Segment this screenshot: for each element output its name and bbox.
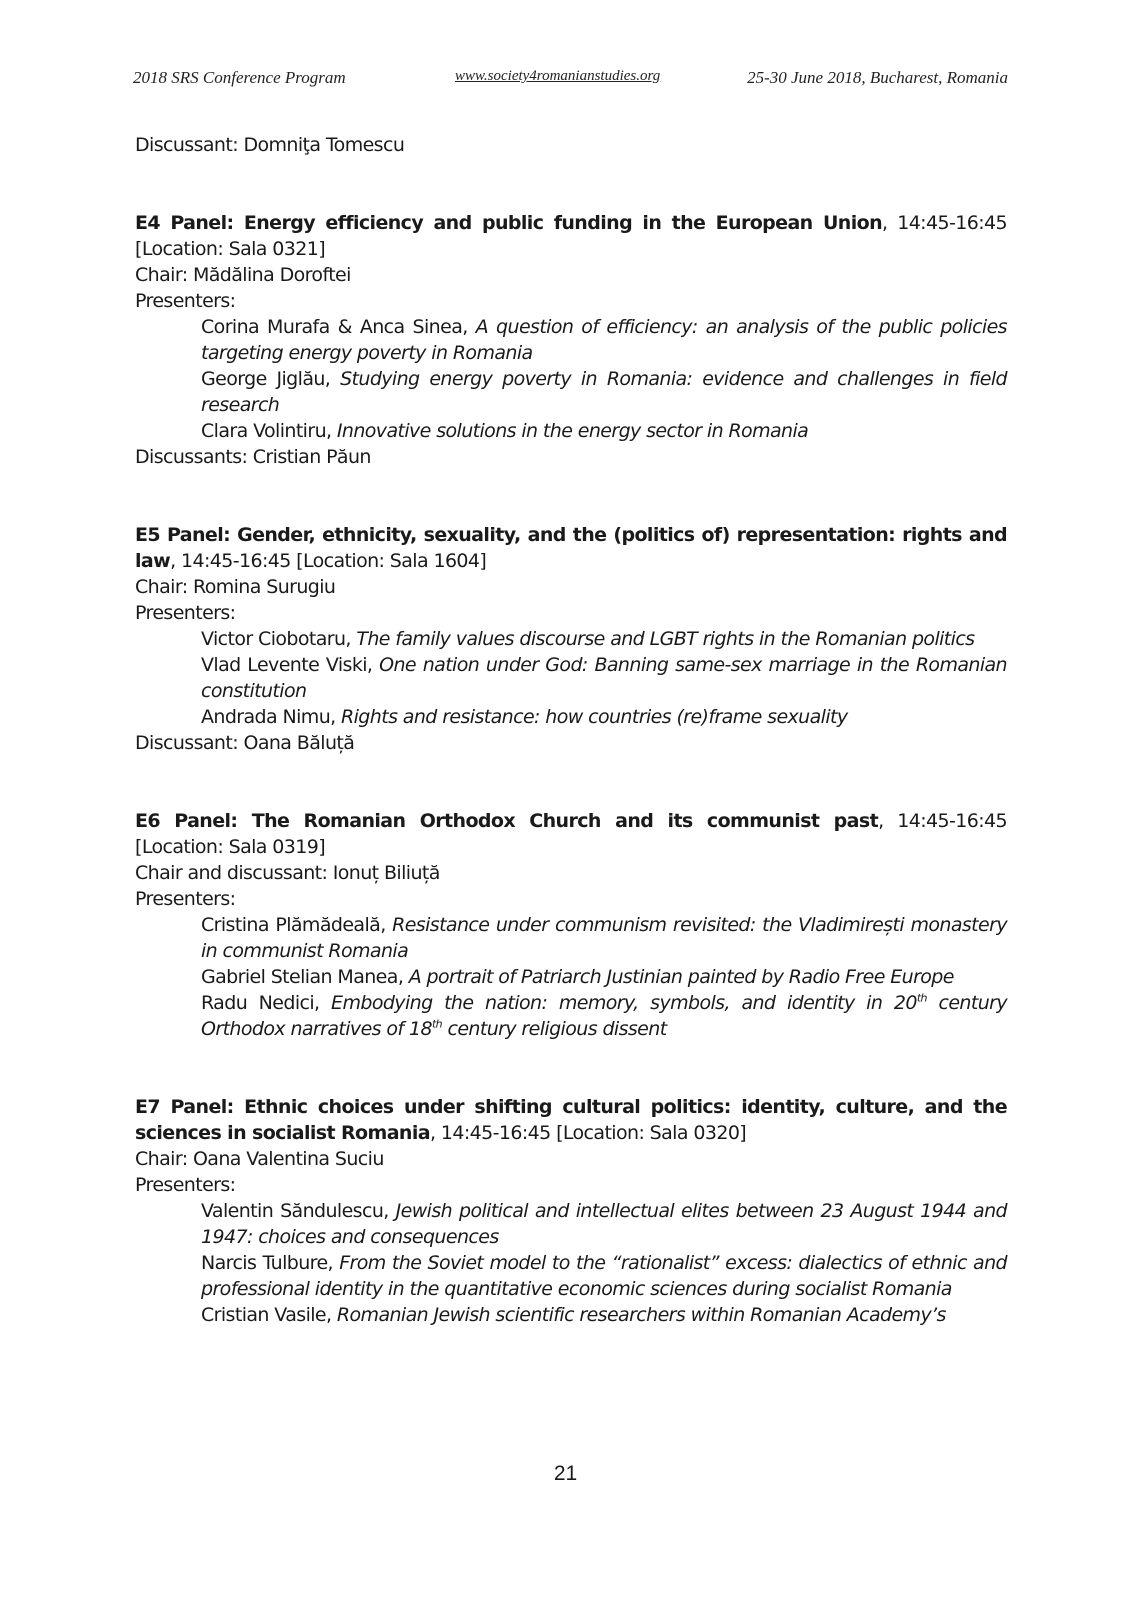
presenter-entry: Cristian Vasile, Romanian Jewish scienti… — [135, 1302, 1007, 1328]
presenter-entry: Gabriel Stelian Manea, A portrait of Pat… — [135, 964, 1007, 990]
panel-discussant: Discussants: Cristian Păun — [135, 444, 1007, 470]
paper-title: Rights and resistance: how countries (re… — [341, 706, 848, 728]
presenter-name: Valentin Săndulescu, — [201, 1200, 396, 1222]
presenter-name: Radu Nedici, — [201, 992, 331, 1014]
panel-chair: Chair: Oana Valentina Suciu — [135, 1146, 1007, 1172]
paper-title: A portrait of Patriarch Justinian painte… — [409, 966, 954, 988]
presenters-label: Presenters: — [135, 1172, 1007, 1198]
panel-chair: Chair: Mădălina Doroftei — [135, 262, 1007, 288]
panel-title: E6 Panel: The Romanian Orthodox Church a… — [135, 808, 1007, 860]
presenter-entry: Victor Ciobotaru, The family values disc… — [135, 626, 1007, 652]
panel-e5: E5 Panel: Gender, ethnicity, sexuality, … — [135, 522, 1007, 756]
header-website-link[interactable]: www.society4romanianstudies.org — [455, 68, 660, 85]
paper-title-part: Embodying the nation: memory, symbols, a… — [331, 992, 917, 1014]
presenter-name: George Jiglău, — [201, 368, 340, 390]
presenter-entry: Radu Nedici, Embodying the nation: memor… — [135, 990, 1007, 1042]
presenter-entry: Clara Volintiru, Innovative solutions in… — [135, 418, 1007, 444]
panel-chair: Chair: Romina Surugiu — [135, 574, 1007, 600]
panel-chair: Chair and discussant: Ionuț Biliuță — [135, 860, 1007, 886]
presenter-entry: Cristina Plămădeală, Resistance under co… — [135, 912, 1007, 964]
ordinal-suffix: th — [917, 992, 927, 1005]
presenter-name: Corina Murafa & Anca Sinea, — [201, 316, 476, 338]
paper-title: The family values discourse and LGBT rig… — [356, 628, 974, 650]
paper-title: Romanian Jewish scientific researchers w… — [337, 1304, 946, 1326]
presenter-name: Cristian Vasile, — [201, 1304, 337, 1326]
previous-panel-discussant: Discussant: Domniţa Tomescu — [135, 132, 1007, 158]
header-program-title: 2018 SRS Conference Program — [133, 68, 346, 88]
presenter-entry: George Jiglău, Studying energy poverty i… — [135, 366, 1007, 418]
panel-title: E5 Panel: Gender, ethnicity, sexuality, … — [135, 522, 1007, 574]
paper-title: Innovative solutions in the energy secto… — [337, 420, 808, 442]
ordinal-suffix: th — [432, 1018, 442, 1031]
panel-time-location: , 14:45-16:45 [Location: Sala 1604] — [170, 550, 486, 572]
presenters-label: Presenters: — [135, 288, 1007, 314]
page-number: 21 — [0, 1462, 1131, 1486]
presenter-name: Andrada Nimu, — [201, 706, 341, 728]
paper-title-part: century religious dissent — [442, 1018, 667, 1040]
presenter-entry: Andrada Nimu, Rights and resistance: how… — [135, 704, 1007, 730]
presenter-name: Vlad Levente Viski, — [201, 654, 379, 676]
panel-title: E4 Panel: Energy efficiency and public f… — [135, 210, 1007, 262]
presenter-name: Cristina Plămădeală, — [201, 914, 392, 936]
presenter-entry: Valentin Săndulescu, Jewish political an… — [135, 1198, 1007, 1250]
presenter-entry: Narcis Tulbure, From the Soviet model to… — [135, 1250, 1007, 1302]
presenter-entry: Vlad Levente Viski, One nation under God… — [135, 652, 1007, 704]
presenter-name: Narcis Tulbure, — [201, 1252, 339, 1274]
panel-time-location: , 14:45-16:45 [Location: Sala 0320] — [430, 1122, 746, 1144]
presenters-label: Presenters: — [135, 600, 1007, 626]
panel-title-bold: E4 Panel: Energy efficiency and public f… — [135, 212, 882, 234]
presenter-name: Victor Ciobotaru, — [201, 628, 356, 650]
presenter-name: Clara Volintiru, — [201, 420, 337, 442]
presenters-label: Presenters: — [135, 886, 1007, 912]
panels-list: E4 Panel: Energy efficiency and public f… — [135, 210, 1007, 1328]
panel-e7: E7 Panel: Ethnic choices under shifting … — [135, 1094, 1007, 1328]
presenter-entry: Corina Murafa & Anca Sinea, A question o… — [135, 314, 1007, 366]
presenter-name: Gabriel Stelian Manea, — [201, 966, 409, 988]
panel-e4: E4 Panel: Energy efficiency and public f… — [135, 210, 1007, 470]
page-header: 2018 SRS Conference Program www.society4… — [133, 68, 1008, 98]
header-dates-location: 25-30 June 2018, Bucharest, Romania — [747, 68, 1008, 88]
panel-e6: E6 Panel: The Romanian Orthodox Church a… — [135, 808, 1007, 1042]
panel-title-bold: E6 Panel: The Romanian Orthodox Church a… — [135, 810, 878, 832]
panel-title: E7 Panel: Ethnic choices under shifting … — [135, 1094, 1007, 1146]
panel-discussant: Discussant: Oana Băluță — [135, 730, 1007, 756]
page-content: Discussant: Domniţa Tomescu E4 Panel: En… — [135, 132, 1007, 1328]
